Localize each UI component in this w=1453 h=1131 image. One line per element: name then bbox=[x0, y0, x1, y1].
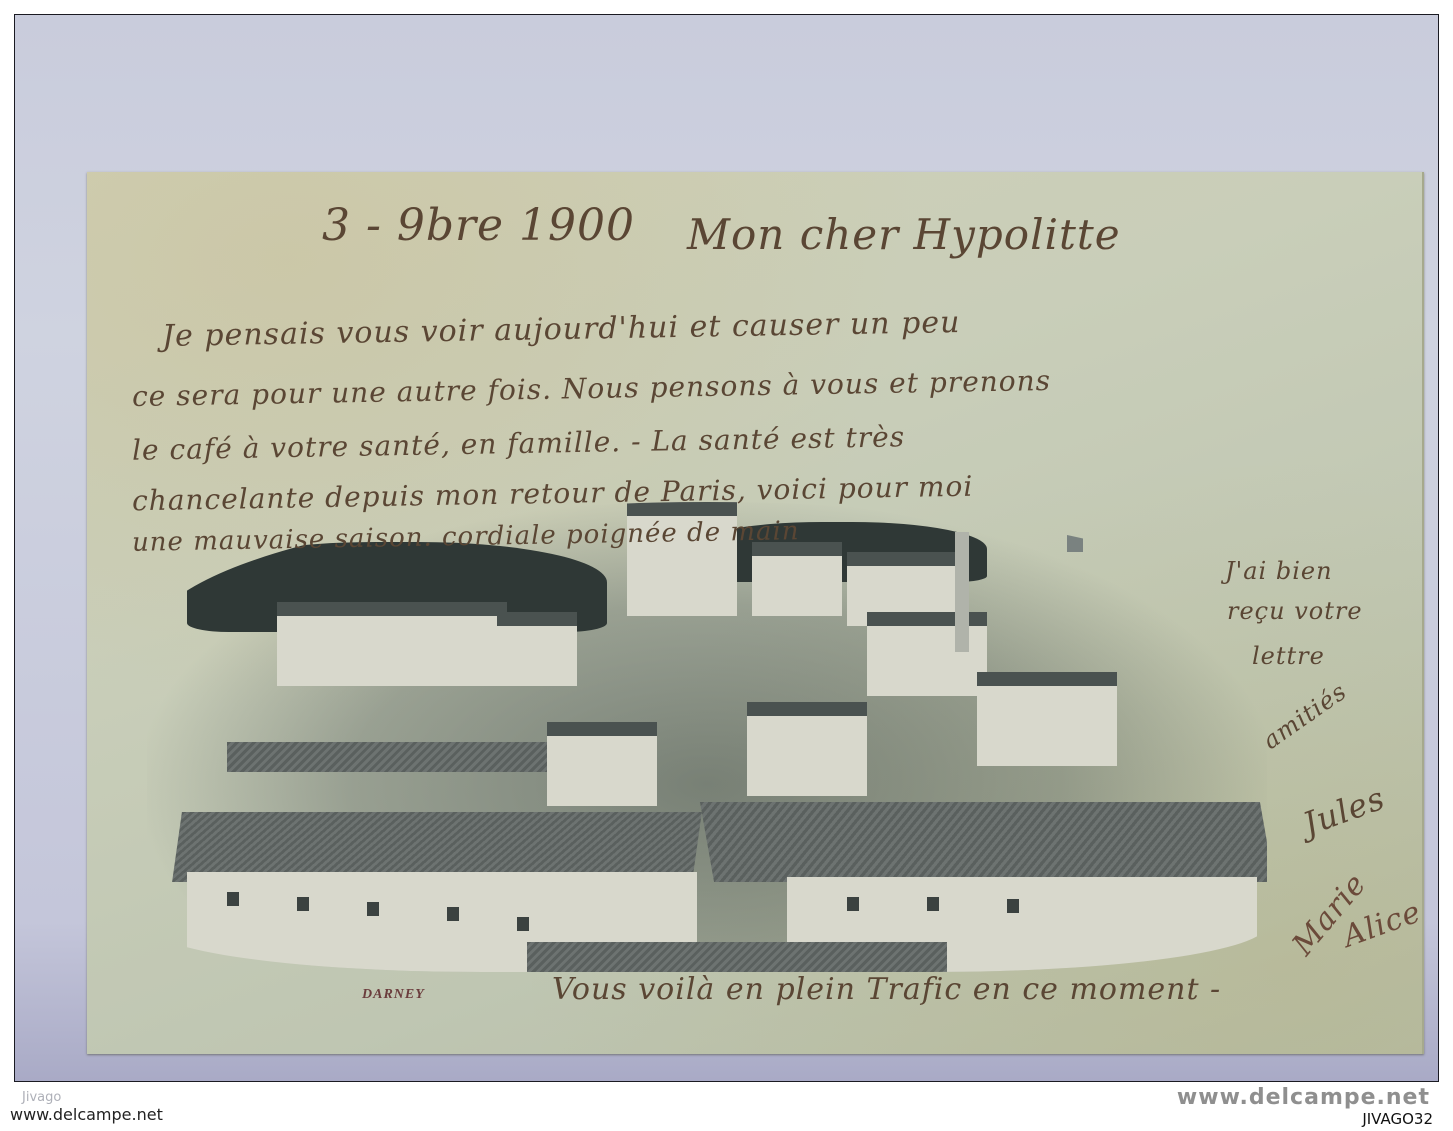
handwritten-bottom-line: Vous voilà en plein Trafic en ce moment … bbox=[552, 972, 1221, 1007]
watermark-site-logo: www.delcampe.net bbox=[1177, 1085, 1430, 1110]
margin-note-4: amitiés bbox=[1258, 677, 1352, 755]
watermark-seller-id: JIVAGO32 bbox=[1362, 1110, 1433, 1128]
building bbox=[277, 602, 507, 686]
photo-frame: 3 - 9bre 1900 Mon cher Hypolitte Je pens… bbox=[14, 14, 1439, 1082]
postcard: 3 - 9bre 1900 Mon cher Hypolitte Je pens… bbox=[87, 172, 1424, 1054]
handwritten-date: 3 - 9bre 1900 bbox=[322, 200, 635, 251]
margin-note-1: J'ai bien bbox=[1225, 557, 1333, 585]
handwritten-line-3: le café à votre santé, en famille. - La … bbox=[132, 420, 906, 466]
building bbox=[977, 672, 1117, 766]
building bbox=[547, 722, 657, 806]
margin-note-2: reçu votre bbox=[1227, 597, 1363, 625]
chimney bbox=[955, 532, 969, 652]
roof bbox=[527, 942, 947, 972]
signature-jules: Jules bbox=[1298, 779, 1390, 843]
building bbox=[747, 702, 867, 796]
town-photograph bbox=[147, 502, 1267, 972]
building bbox=[867, 612, 987, 696]
handwritten-line-2: ce sera pour une autre fois. Nous penson… bbox=[132, 364, 1052, 413]
margin-note-3: lettre bbox=[1252, 642, 1325, 670]
handwritten-salutation: Mon cher Hypolitte bbox=[687, 210, 1121, 259]
building bbox=[752, 542, 842, 616]
church-spire bbox=[1067, 502, 1083, 552]
handwritten-line-1: Je pensais vous voir aujourd'hui et caus… bbox=[162, 305, 961, 354]
roof bbox=[700, 802, 1267, 882]
place-caption: DARNEY bbox=[362, 987, 425, 1003]
watermark-seller-name: Jivago bbox=[22, 1090, 61, 1105]
building bbox=[497, 612, 577, 686]
watermark-site-link[interactable]: www.delcampe.net bbox=[10, 1105, 163, 1124]
